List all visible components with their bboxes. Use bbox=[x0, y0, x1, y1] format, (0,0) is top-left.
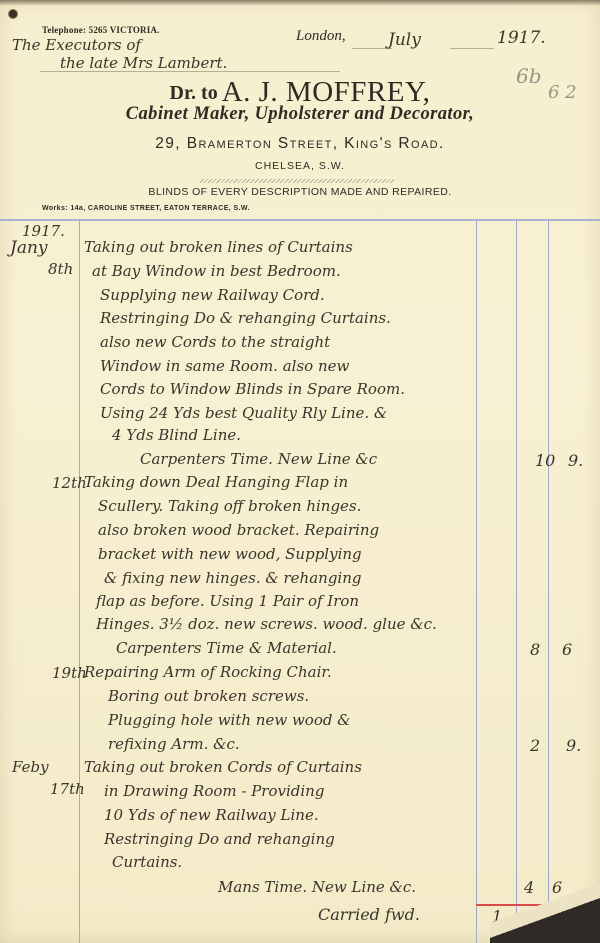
entry-date-month: Feby bbox=[12, 758, 49, 776]
entry-line: in Drawing Room - Providing bbox=[104, 784, 324, 799]
entry-line: Hinges. 3½ doz. new screws. wood. glue &… bbox=[96, 617, 437, 632]
invoice-sheet: Telephone: 5265 VICTORIA. The Executors … bbox=[0, 0, 600, 943]
entry-line: Taking out broken lines of Curtains bbox=[84, 240, 353, 255]
entry-line: bracket with new wood, Supplying bbox=[98, 547, 362, 562]
addressee-line-2: the late Mrs Lambert. bbox=[60, 54, 227, 72]
entry-line: also new Cords to the straight bbox=[100, 335, 330, 350]
entry-line: Plugging hole with new wood & bbox=[108, 713, 351, 728]
entry-line: Taking out broken Cords of Curtains bbox=[84, 760, 362, 775]
entry-amount-shillings: 8 bbox=[530, 640, 540, 659]
district: CHELSEA, S.W. bbox=[0, 160, 600, 172]
entry-charge-label: Carpenters Time & Material. bbox=[116, 641, 337, 656]
dr-prefix: Dr. to bbox=[170, 82, 218, 104]
entry-line: 10 Yds of new Railway Line. bbox=[104, 808, 319, 823]
entry-line: Boring out broken screws. bbox=[108, 689, 309, 704]
trade-description: Cabinet Maker, Upholsterer and Decorator… bbox=[0, 104, 600, 125]
entry-line: 4 Yds Blind Line. bbox=[112, 428, 241, 443]
torn-corner bbox=[490, 883, 600, 943]
entry-line: Supplying new Railway Cord. bbox=[100, 288, 325, 303]
blinds-tagline: BLINDS OF EVERY DESCRIPTION MADE AND REP… bbox=[0, 186, 600, 198]
invoice-month: July bbox=[388, 30, 421, 50]
entry-line: also broken wood bracket. Repairing bbox=[98, 523, 379, 538]
entry-line: Curtains. bbox=[112, 855, 182, 870]
entry-line: Cords to Window Blinds in Spare Room. bbox=[100, 382, 405, 397]
shillings-column-rule bbox=[516, 220, 517, 943]
entry-line: Window in same Room. also new bbox=[100, 359, 349, 374]
street-address: 29, Bramerton Street, King's Road. bbox=[0, 135, 600, 153]
entry-charge-label: Carpenters Time. New Line &c bbox=[140, 452, 377, 467]
entry-charge-label: Mans Time. New Line &c. bbox=[218, 880, 416, 895]
invoice-year: 1917. bbox=[497, 28, 546, 48]
entry-date-day: 12th bbox=[52, 474, 87, 492]
place-label: London, bbox=[296, 28, 346, 45]
ledger-top-rule bbox=[0, 219, 600, 221]
pence-column-rule bbox=[548, 220, 549, 943]
entry-date-day: 8th bbox=[48, 260, 73, 278]
decorative-rule bbox=[200, 179, 394, 183]
works-address: Works: 14a, CAROLINE STREET, EATON TERRA… bbox=[42, 205, 250, 212]
page-shadow bbox=[0, 0, 600, 6]
entry-amount-pence: 9. bbox=[568, 451, 583, 470]
entry-amount-shillings: 10 bbox=[535, 451, 555, 470]
entry-line: Restringing Do and rehanging bbox=[104, 832, 335, 847]
entry-line: Repairing Arm of Rocking Chair. bbox=[84, 665, 332, 680]
entry-amount-shillings: 2 bbox=[530, 736, 540, 755]
entry-line: flap as before. Using 1 Pair of Iron bbox=[96, 594, 359, 609]
punch-hole bbox=[9, 10, 17, 18]
addressee-line-1: The Executors of bbox=[12, 36, 141, 54]
entry-line: Taking down Deal Hanging Flap in bbox=[84, 475, 348, 490]
entry-line: refixing Arm. &c. bbox=[108, 737, 240, 752]
telephone-number: Telephone: 5265 VICTORIA. bbox=[42, 25, 160, 35]
carried-forward-label: Carried fwd. bbox=[318, 907, 420, 923]
entry-line: & fixing new hinges. & rehanging bbox=[104, 571, 361, 586]
date-rule bbox=[352, 48, 392, 49]
date-column-rule bbox=[79, 220, 80, 943]
entry-date-day: 17th bbox=[50, 780, 85, 798]
entry-amount-pence: 6 bbox=[562, 640, 572, 659]
entry-date-month: Jany bbox=[10, 238, 48, 258]
entry-line: at Bay Window in best Bedroom. bbox=[92, 264, 341, 279]
date-rule bbox=[450, 48, 494, 49]
pounds-column-rule bbox=[476, 220, 477, 943]
addressee-rule bbox=[40, 71, 340, 72]
entry-amount-pence: 9. bbox=[566, 736, 581, 755]
entry-line: Scullery. Taking off broken hinges. bbox=[98, 499, 361, 514]
entry-date-day: 19th bbox=[52, 664, 87, 682]
entry-line: Restringing Do & rehanging Curtains. bbox=[100, 311, 391, 326]
entry-line: Using 24 Yds best Quality Rly Line. & bbox=[100, 406, 387, 421]
